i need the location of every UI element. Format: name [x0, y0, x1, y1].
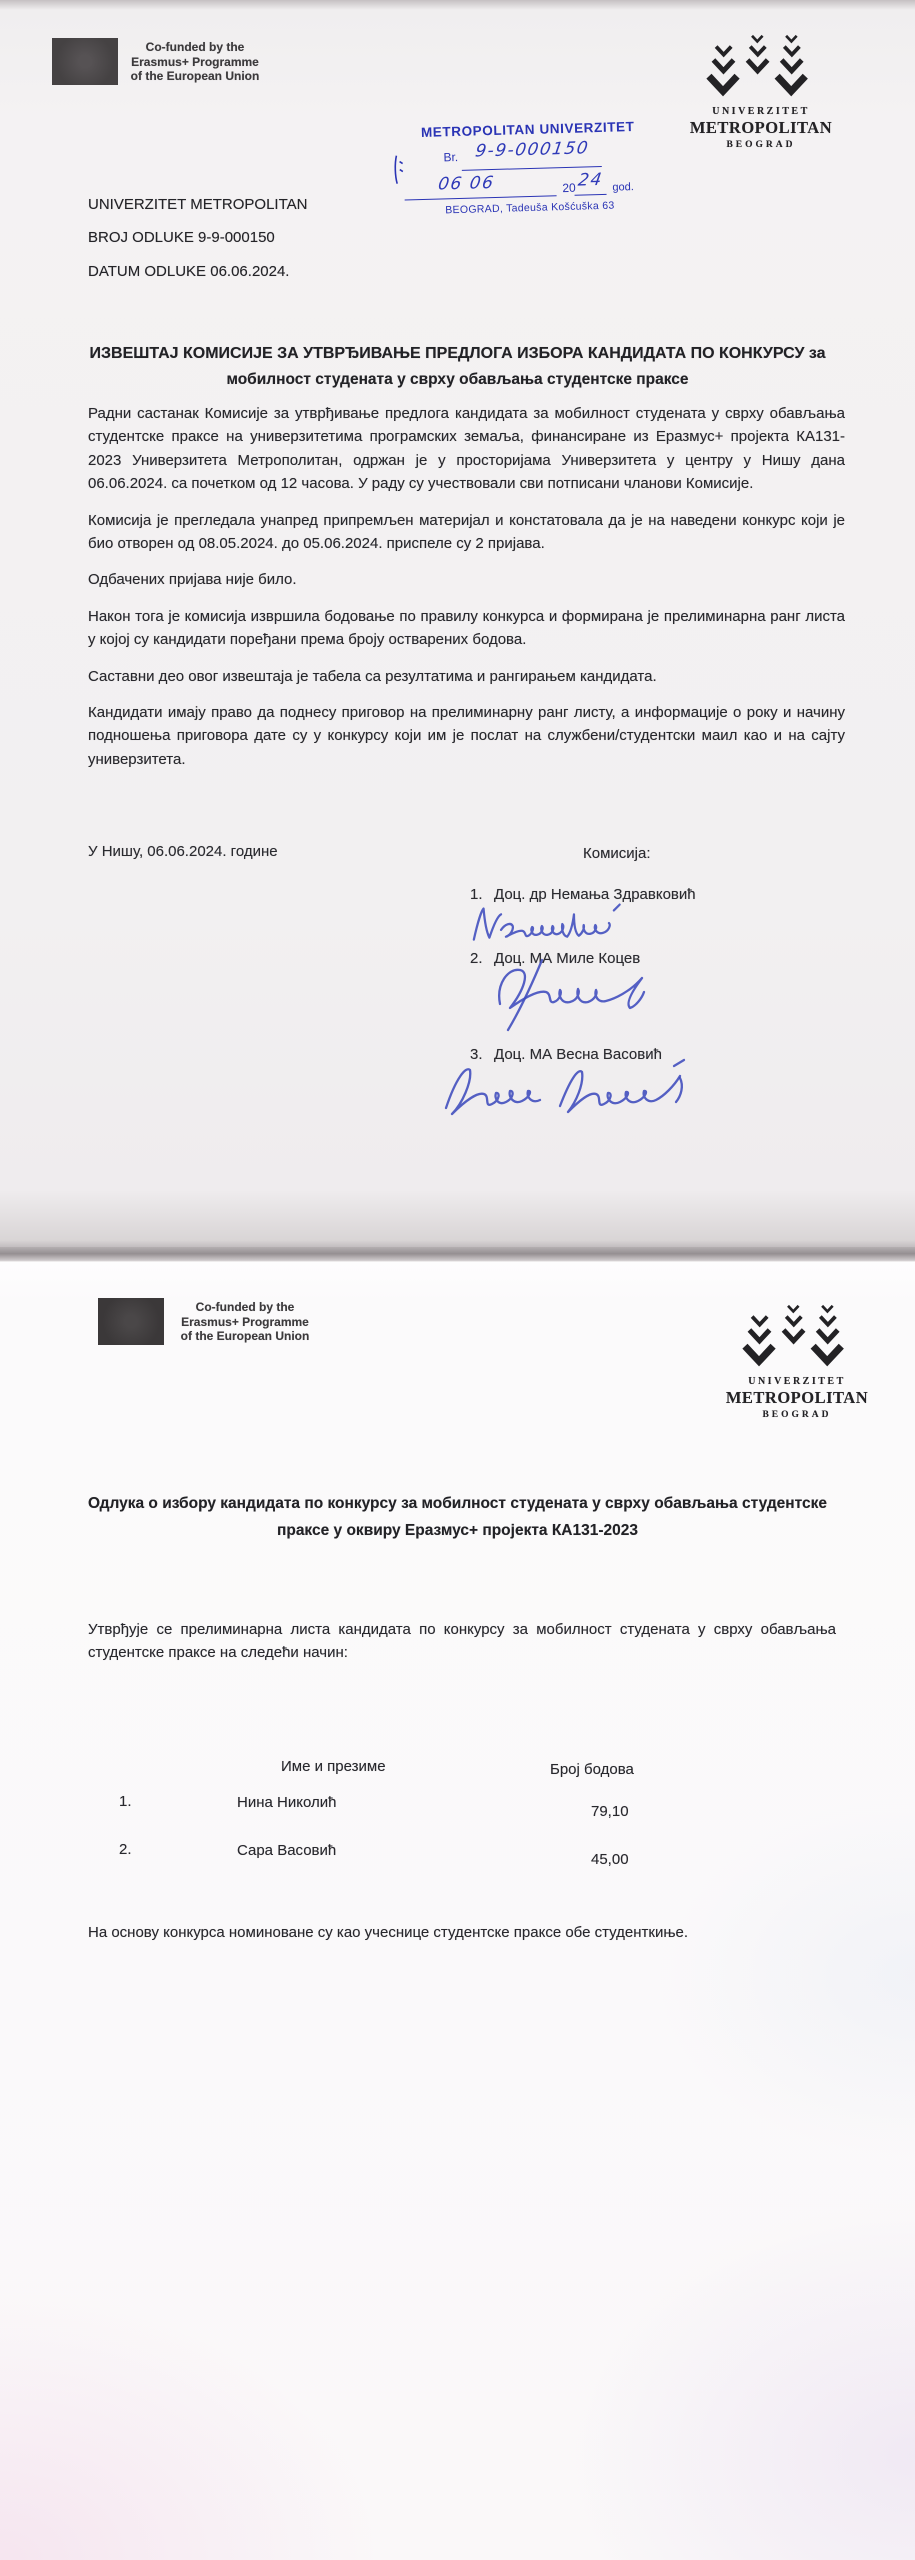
report-title-line1: ИЗВЕШТАЈ КОМИСИЈЕ ЗА УТВРЂИВАЊЕ ПРЕДЛОГА…: [40, 341, 875, 367]
erasmus-badge-line: Co-funded by the: [120, 40, 270, 55]
table-row-points: 79,10: [591, 1803, 629, 1820]
chevron-logo-icon: [701, 34, 821, 104]
table-header-points: Број бодова: [550, 1761, 634, 1778]
stamp-underline: [575, 194, 607, 196]
decision-intro: Утврђује се прелиминарна листа кандидата…: [88, 1618, 836, 1665]
decision-title-line1: Одлука о избору кандидата по конкурсу за…: [60, 1490, 855, 1517]
paragraph-2: Комисија је прегледала унапред припремље…: [88, 509, 845, 556]
erasmus-badge-line: Erasmus+ Programme: [170, 1315, 320, 1330]
stamp-left-mark: [391, 153, 404, 185]
table-row-number: 2.: [119, 1841, 132, 1858]
page-separator: [0, 1247, 915, 1262]
metropolitan-logo: UNIVERZITET METROPOLITAN BEOGRAD: [686, 34, 836, 150]
page-2: Co-funded by the Erasmus+ Programme of t…: [0, 1262, 915, 2560]
decision-title-line2: праксе у оквиру Еразмус+ пројекта КА131-…: [60, 1517, 855, 1544]
paragraph-1: Радни састанак Комисије за утврђивање пр…: [88, 402, 845, 496]
stamp-underline: [405, 195, 557, 200]
erasmus-badge: Co-funded by the Erasmus+ Programme of t…: [170, 1300, 320, 1344]
decision-number: BROJ ODLUKE 9-9-000150: [88, 229, 275, 246]
stamp-br-label: Br.: [443, 150, 458, 164]
stamp-date-handwritten: 06 06: [437, 173, 496, 195]
signature-kocev: [480, 956, 690, 1036]
erasmus-badge-line: Erasmus+ Programme: [120, 55, 270, 70]
university-name: UNIVERZITET METROPOLITAN: [88, 196, 307, 213]
table-row-number: 1.: [119, 1793, 132, 1810]
stamp-year-prefix: 20: [562, 181, 576, 195]
stamp-year-handwritten: 24: [577, 170, 605, 191]
erasmus-badge-line: of the European Union: [120, 69, 270, 84]
commission-label: Комисија:: [583, 845, 651, 862]
scanned-document: Co-funded by the Erasmus+ Programme of t…: [0, 0, 915, 2560]
table-row-name: Сара Васовић: [237, 1842, 336, 1859]
signature-vasovic: [438, 1058, 738, 1130]
signature-zdravkovic: [468, 900, 643, 952]
erasmus-badge-line: of the European Union: [170, 1329, 320, 1344]
decision-title: Одлука о избору кандидата по конкурсу за…: [60, 1490, 855, 1544]
metro-logo-line1: UNIVERZITET: [686, 106, 836, 117]
stamp-address: BEOGRAD, Tadeuša Košćuška 63: [413, 199, 647, 218]
stamp-title: METROPOLITAN UNIVERZITET: [411, 119, 645, 141]
report-body: Радни састанак Комисије за утврђивање пр…: [88, 402, 845, 784]
table-header-name: Име и презиме: [281, 1758, 386, 1775]
metro-logo-line2: METROPOLITAN: [722, 1388, 872, 1408]
table-row-points: 45,00: [591, 1851, 629, 1868]
stamp-number-handwritten: 9-9-000150: [474, 138, 591, 161]
erasmus-badge-line: Co-funded by the: [170, 1300, 320, 1315]
metro-logo-line2: METROPOLITAN: [686, 118, 836, 138]
stamp-year-suffix: god.: [612, 181, 634, 194]
table-row-name: Нина Николић: [237, 1794, 336, 1811]
metro-logo-line1: UNIVERZITET: [722, 1376, 872, 1387]
paragraph-4: Након тога је комисија извршила бодовање…: [88, 605, 845, 652]
paragraph-5: Саставни део овог извештаја је табела са…: [88, 665, 845, 688]
decision-date: DATUM ODLUKE 06.06.2024.: [88, 263, 289, 280]
report-title-line2: мобилност студената у сврху обављања сту…: [40, 367, 875, 393]
registry-stamp: METROPOLITAN UNIVERZITET Br. 9-9-000150 …: [403, 119, 656, 232]
page-1: Co-funded by the Erasmus+ Programme of t…: [0, 0, 915, 1247]
metro-logo-line3: BEOGRAD: [686, 140, 836, 150]
erasmus-badge: Co-funded by the Erasmus+ Programme of t…: [120, 40, 270, 84]
eu-flag-image: [98, 1298, 164, 1345]
metro-logo-line3: BEOGRAD: [722, 1410, 872, 1420]
metropolitan-logo: UNIVERZITET METROPOLITAN BEOGRAD: [722, 1304, 872, 1420]
chevron-logo-icon: [737, 1304, 857, 1374]
closing-statement: На основу конкурса номиноване су као уче…: [88, 1924, 848, 1941]
eu-flag-image: [52, 38, 118, 85]
paragraph-3: Одбачених пријава није било.: [88, 568, 845, 591]
report-title: ИЗВЕШТАЈ КОМИСИЈЕ ЗА УТВРЂИВАЊЕ ПРЕДЛОГА…: [40, 341, 875, 393]
paragraph-6: Кандидати имају право да поднесу пригово…: [88, 701, 845, 771]
place-date: У Нишу, 06.06.2024. године: [88, 843, 278, 860]
